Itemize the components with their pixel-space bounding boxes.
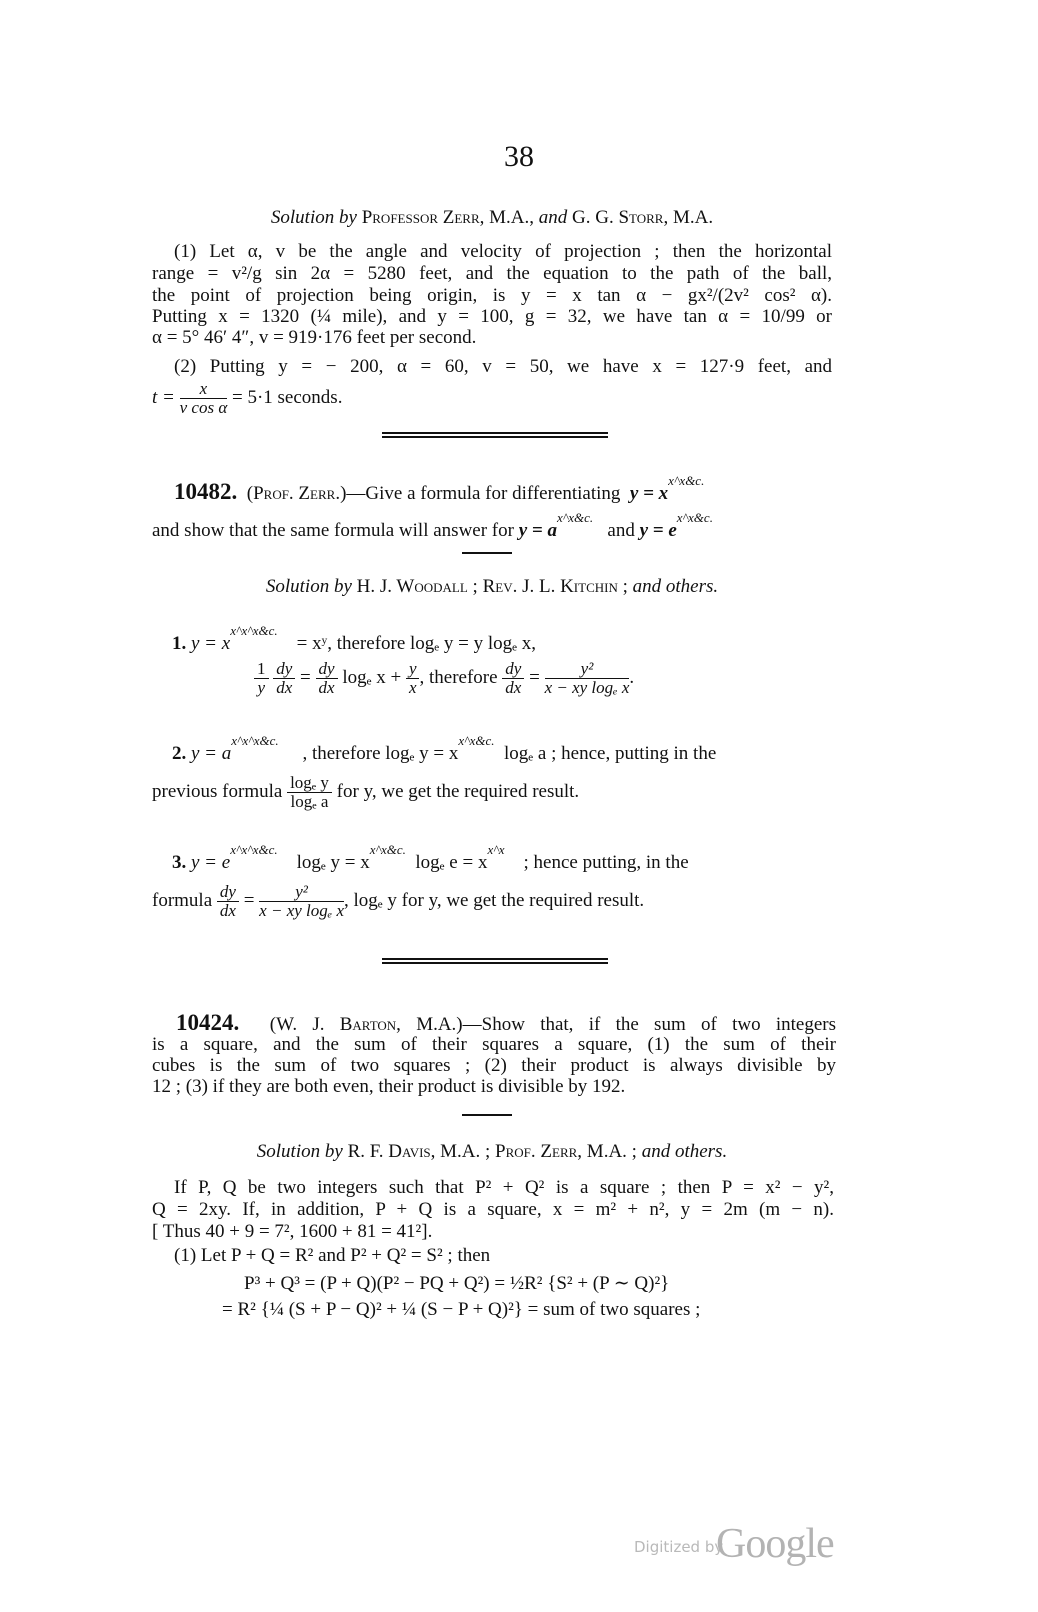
prev-p1-line3: the point of projection being origin, is…: [152, 285, 832, 306]
solution-10424-line4: (1) Let P + Q = R² and P² + Q² = S² ; th…: [174, 1245, 854, 1266]
solution-byline-prev: Solution by Professor Zerr, M.A., and G.…: [152, 207, 832, 228]
page-number: 38: [0, 140, 1038, 174]
solution-10424-line5: P³ + Q³ = (P + Q)(P² − PQ + Q²) = ½R² {S…: [244, 1273, 924, 1294]
question-proposer-10424: (W. J. Barton, M.A.): [270, 1014, 463, 1035]
question-10482-line1: 10482. (Prof. Zerr.)—Give a formula for …: [174, 481, 854, 504]
question-10424-line1: 10424. (W. J. Barton, M.A.)—Show that, i…: [176, 1012, 836, 1035]
section-divider-double-2: [382, 958, 608, 964]
solution-step-1: 1. y = xx^x^x&c. = xʸ, therefore logₑ y …: [172, 631, 852, 654]
google-logo: Google: [716, 1520, 834, 1568]
solution-step-2-line2: previous formula logₑ ylogₑ a for y, we …: [152, 774, 832, 811]
prev-p1-line2: range = v²/g sin 2α = 5280 feet, and the…: [152, 263, 832, 284]
solution-step-3: 3. y = ex^x^x&c. logₑ y = xx^x&c. logₑ e…: [172, 850, 832, 873]
prev-p2-line1: (2) Putting y = − 200, α = 60, v = 50, w…: [174, 356, 832, 377]
question-10482-line2: and show that the same formula will answ…: [152, 518, 832, 541]
solution-byline-10482: Solution by H. J. Woodall ; Rev. J. L. K…: [152, 576, 832, 597]
solution-10424-line2: Q = 2xy. If, in addition, P + Q is a squ…: [152, 1199, 834, 1220]
solution-10424-line6: = R² {¼ (S + P − Q)² + ¼ (S − P + Q)²} =…: [222, 1299, 902, 1320]
solution-byline-10424: Solution by R. F. Davis, M.A. ; Prof. Ze…: [152, 1141, 832, 1162]
solution-10424-line1: If P, Q be two integers such that P² + Q…: [174, 1177, 834, 1198]
digitized-by-label: Digitized by: [634, 1538, 723, 1556]
solution-10424-line3: [ Thus 40 + 9 = 7², 1600 + 81 = 41²].: [152, 1221, 832, 1242]
short-divider-2: [462, 1114, 512, 1116]
question-10424-line3: cubes is the sum of two squares ; (2) th…: [152, 1055, 836, 1076]
solution-by-label: Solution by: [271, 207, 357, 228]
solution-authors: Professor Zerr, M.A.,: [362, 207, 534, 228]
fraction-x-over-vcos: x v cos α: [180, 380, 228, 417]
section-divider-double: [382, 432, 608, 438]
prev-p2-line2: t = x v cos α = 5·1 seconds.: [152, 380, 832, 417]
prev-p1-line4: Putting x = 1320 (¼ mile), and y = 100, …: [152, 306, 832, 327]
question-10424-line4: 12 ; (3) if they are both even, their pr…: [152, 1076, 832, 1097]
short-divider: [462, 552, 512, 554]
prev-p1-line1: (1) Let α, v be the angle and velocity o…: [174, 241, 832, 262]
question-number-10424: 10424.: [176, 1010, 239, 1035]
solution-authors-2: G. G. Storr, M.A.: [572, 207, 713, 228]
prev-p1-line5: α = 5° 46′ 4″, v = 919·176 feet per seco…: [152, 327, 832, 348]
question-proposer: (Prof. Zerr.): [247, 483, 347, 504]
solution-step-1-derivative: 1y dydx = dydx logₑ x + yx, therefore dy…: [254, 660, 934, 697]
question-number: 10482.: [174, 479, 237, 504]
solution-and: and: [539, 207, 568, 228]
question-10424-line2: is a square, and the sum of their square…: [152, 1034, 836, 1055]
solution-step-3-line2: formula dydx = y²x − xy logₑ x, logₑ y f…: [152, 883, 832, 920]
solution-step-2: 2. y = ax^x^x&c. , therefore logₑ y = xx…: [172, 741, 832, 764]
